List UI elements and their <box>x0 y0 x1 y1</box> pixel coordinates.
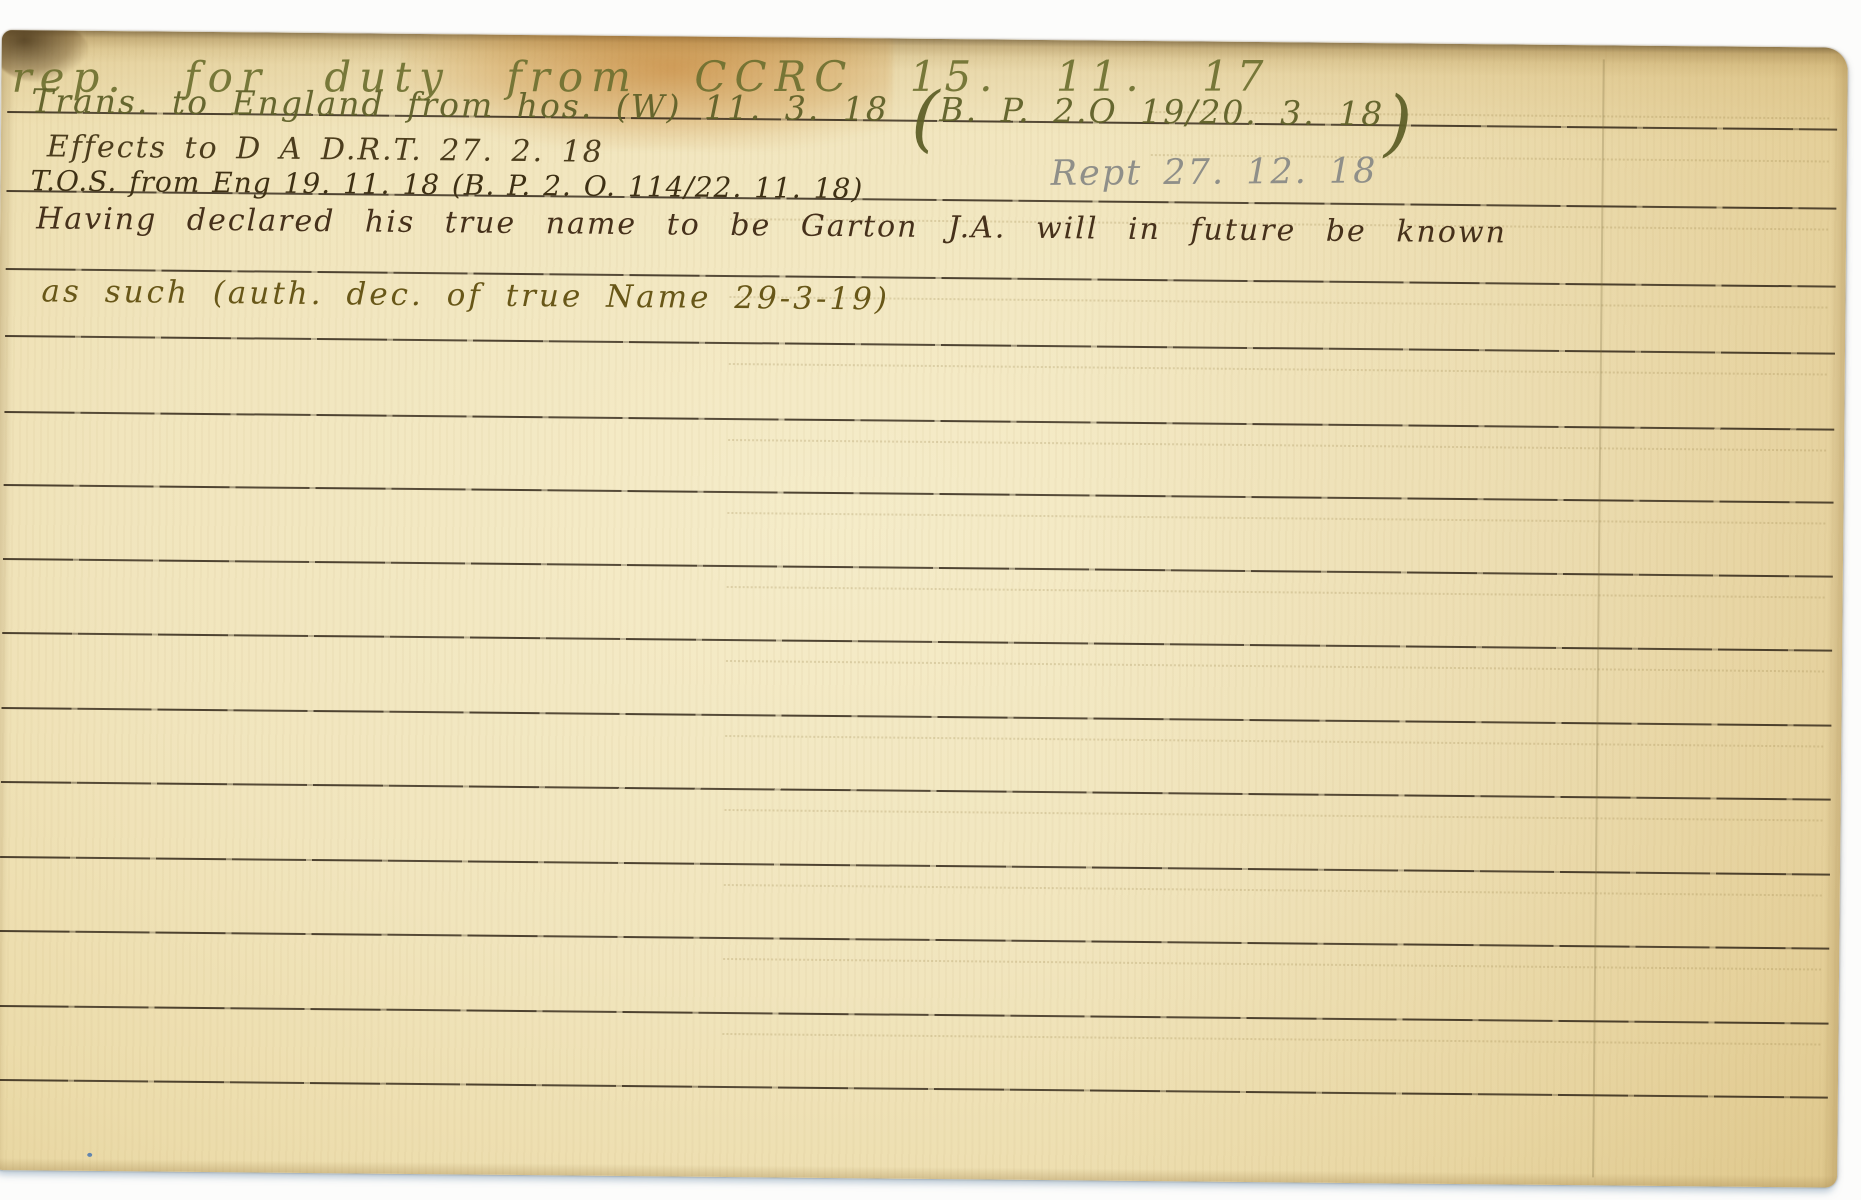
ghost-dotted-line <box>725 809 1823 822</box>
index-card: rep. for duty from CCRC 15. 11. 17 Trans… <box>0 30 1848 1188</box>
handwritten-entry-true-name-continuation: as such (auth. dec. of true Name 29-3-19… <box>41 276 890 315</box>
ghost-dotted-line <box>724 884 1822 897</box>
ghost-dotted-line <box>723 958 1821 971</box>
handwritten-entry-taken-on-strength: T.O.S. from Eng 19. 11. 18 (B. P. 2. O. … <box>30 167 863 203</box>
entry-text: Trans. to England from hos. (W) 11. 3. 1… <box>31 81 889 128</box>
ruled-line <box>5 335 1835 355</box>
ghost-dotted-line <box>725 735 1823 748</box>
ruled-line <box>0 856 1830 876</box>
handwritten-entry-effects: Effects to D A D.R.T. 27. 2. 18 <box>47 132 604 167</box>
handwritten-entry-true-name-declaration: Having declared his true name to be Gart… <box>36 204 1507 248</box>
large-close-paren: ) <box>1384 80 1413 164</box>
ghost-dotted-line <box>722 1033 1820 1046</box>
ghost-dotted-line <box>727 512 1825 525</box>
ghost-dotted-line <box>728 439 1826 452</box>
scan-background: { "card": { "paper_color": "#f1e5bd", "r… <box>0 0 1861 1200</box>
ruled-line <box>1 707 1831 727</box>
ruled-line <box>2 632 1832 652</box>
ruled-line <box>1 781 1831 801</box>
ghost-dotted-line <box>727 586 1825 599</box>
ruled-line <box>3 558 1833 578</box>
ruled-line <box>0 1079 1828 1099</box>
ghost-dotted-line <box>729 363 1827 376</box>
handwritten-entry-pencil-rept: Rept 27. 12. 18 <box>1051 154 1378 192</box>
ruled-line <box>0 930 1829 950</box>
entry-paren-text: B. P. 2.O 19/20. 3. 18 <box>939 90 1384 133</box>
ruled-line <box>4 411 1834 431</box>
large-open-paren: ( <box>911 76 940 160</box>
ghost-dotted-line <box>729 296 1827 309</box>
ruled-line <box>4 484 1834 504</box>
ink-speck <box>87 1153 92 1157</box>
ghost-dotted-line <box>726 660 1824 673</box>
ruled-line <box>0 1005 1829 1025</box>
